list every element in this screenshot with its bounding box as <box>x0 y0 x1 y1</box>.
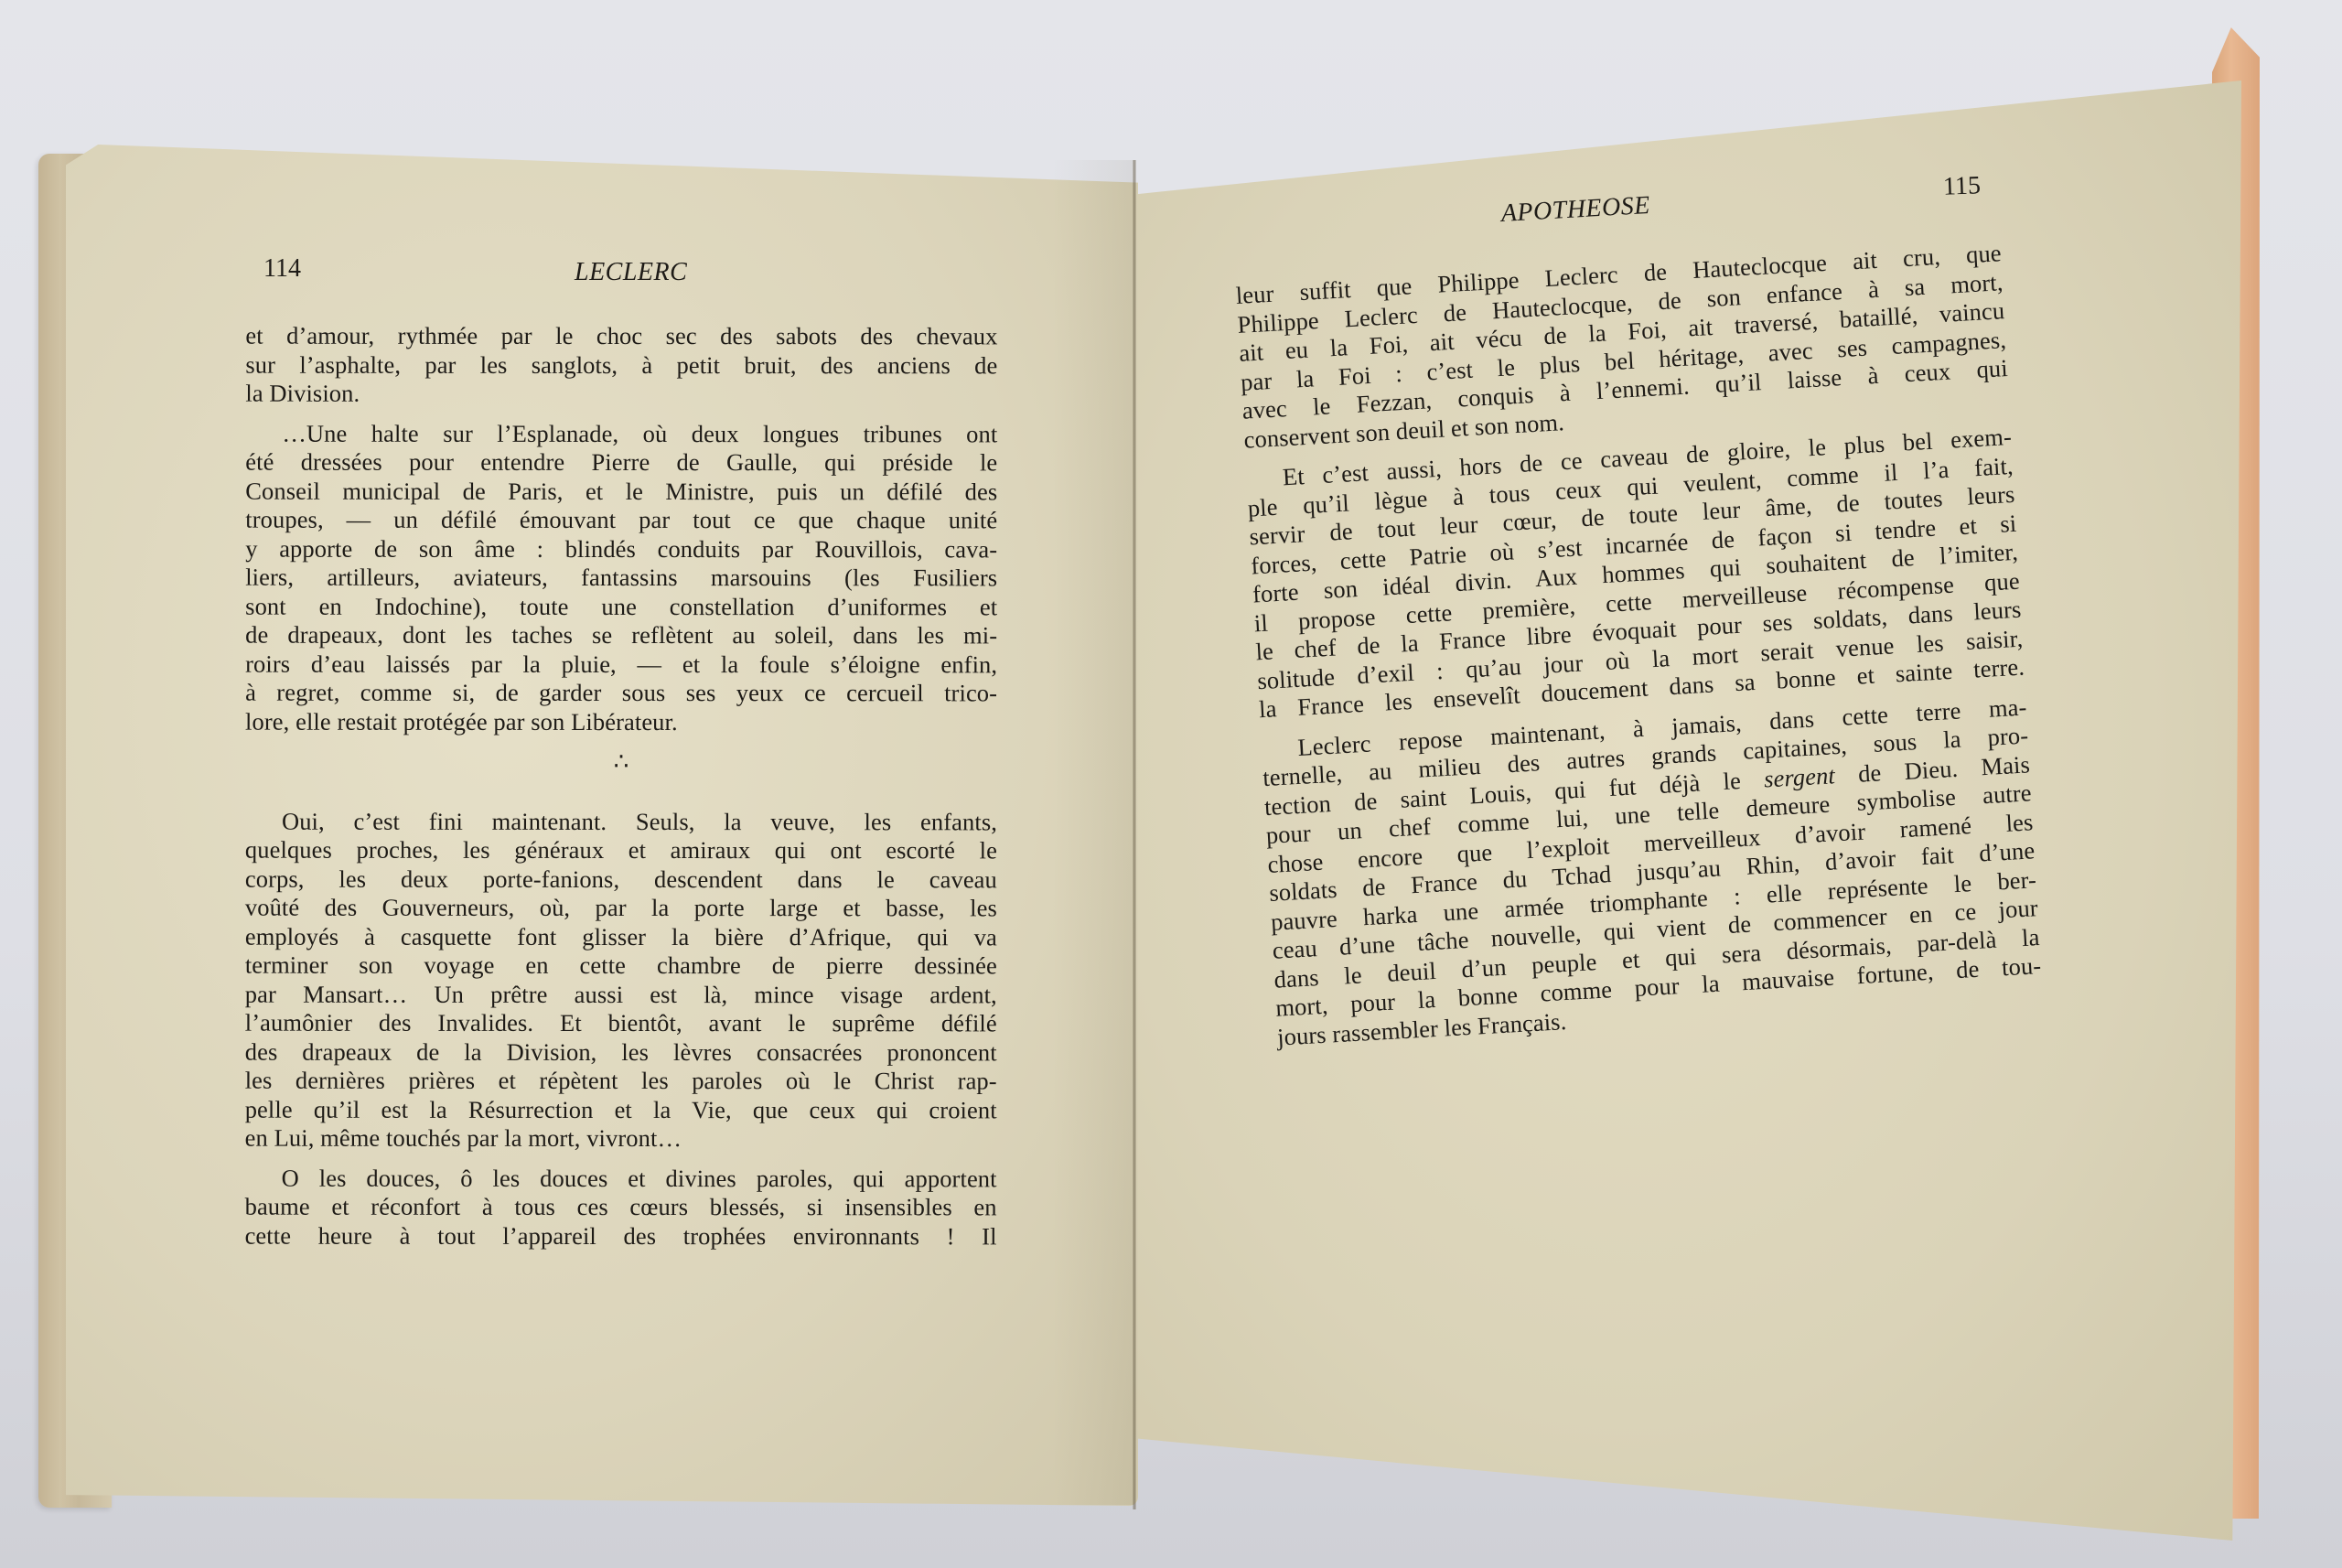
left-page-body: et d’amour, rythmée par le choc sec des … <box>245 322 998 1262</box>
text-line: en Lui, même touchés par la mort, vivron… <box>245 1124 997 1154</box>
paragraph: O les douces, ô les douces et divines pa… <box>245 1164 997 1251</box>
gutter-shadow <box>1052 160 1134 1505</box>
running-head-left: LECLERC <box>575 258 687 287</box>
text-line: Oui, c’est fini maintenant. Seuls, la ve… <box>245 807 997 836</box>
text-line: liers, artilleurs, aviateurs, fantassins… <box>245 564 997 593</box>
paragraph: Oui, c’est fini maintenant. Seuls, la ve… <box>245 807 997 1154</box>
paragraph: …Une halte sur l’Esplanade, où deux long… <box>245 419 997 736</box>
text-line: sur l’asphalte, par les sanglots, à peti… <box>245 350 997 380</box>
text-line: O les douces, ô les douces et divines pa… <box>245 1164 997 1193</box>
text-line: baume et réconfort à tous ces cœurs bles… <box>245 1193 997 1222</box>
text-line: de drapeaux, dont les taches se reflèten… <box>245 621 997 650</box>
text-line: sont en Indochine), toute une constellat… <box>245 592 997 621</box>
text-line: par Mansart… Un prêtre aussi est là, min… <box>245 980 997 1009</box>
text-line: y apporte de son âme : blindés conduits … <box>245 534 997 564</box>
text-line: la Division. <box>245 380 997 409</box>
page-number-left: 114 <box>263 254 301 284</box>
right-page-body: leur suffit que Philippe Leclerc de Haut… <box>1235 239 2044 1062</box>
text-line: pelle qu’il est la Résurrection et la Vi… <box>245 1095 997 1124</box>
text-line: employés à casquette font glisser la biè… <box>245 922 997 951</box>
paragraph: et d’amour, rythmée par le choc sec des … <box>245 322 997 409</box>
text-line: Conseil municipal de Paris, et le Minist… <box>245 477 997 506</box>
text-line: à regret, comme si, de garder sous ses y… <box>245 679 997 708</box>
page-number-right: 115 <box>1942 171 1981 201</box>
text-line: roirs d’eau laissés par la pluie, — et l… <box>245 650 997 679</box>
section-break-ornament: ∴ <box>245 747 997 777</box>
text-line: lore, elle restait protégée par son Libé… <box>245 707 997 736</box>
text-line: été dressées pour entendre Pierre de Gau… <box>245 448 997 478</box>
text-line: corps, les deux porte-fanions, descenden… <box>245 865 997 894</box>
text-line: terminer son voyage en cette chambre de … <box>245 951 997 981</box>
open-book: 114 LECLERC et d’amour, rythmée par le c… <box>0 0 2342 1568</box>
text-line: cette heure à tout l’appareil des trophé… <box>245 1221 997 1251</box>
book-spine-gutter <box>1133 160 1136 1509</box>
text-line: …Une halte sur l’Esplanade, où deux long… <box>245 419 997 448</box>
paragraph: Leclerc repose maintenant, à jamais, dan… <box>1261 693 2044 1052</box>
text-line: quelques proches, les généraux et amirau… <box>245 836 997 865</box>
text-line: et d’amour, rythmée par le choc sec des … <box>245 322 997 351</box>
emphasis: sergent <box>1763 761 1835 792</box>
text-line: les dernières prières et répètent les pa… <box>245 1067 997 1096</box>
text-line: l’aumônier des Invalides. Et bientôt, av… <box>245 1009 997 1038</box>
paragraph: Et c’est aussi, hors de ce caveau de glo… <box>1245 423 2025 725</box>
text-line: voûté des Gouverneurs, où, par la porte … <box>245 894 997 923</box>
text-line: des drapeaux de la Division, les lèvres … <box>245 1037 997 1067</box>
text-line: troupes, — un défilé émouvant par tout c… <box>245 506 997 535</box>
